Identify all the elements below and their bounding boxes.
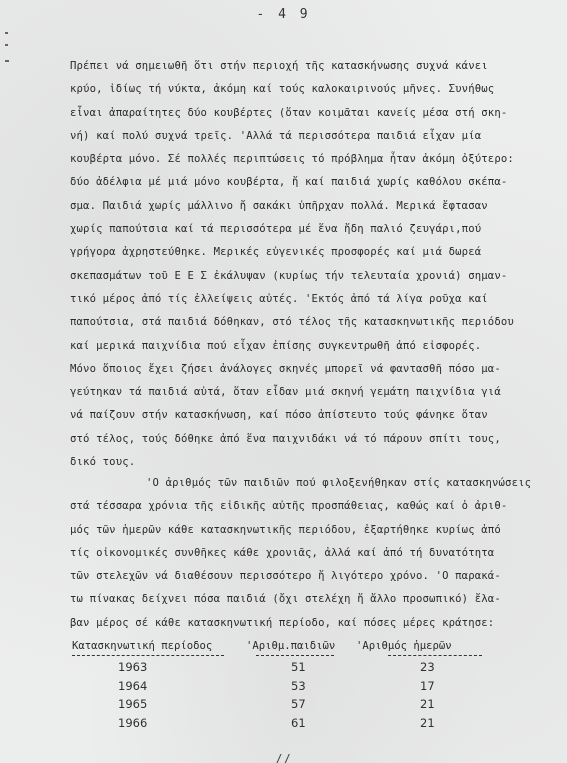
- text-line: Μόνο ὅποιος ἔχει ζήσει ἀνάλογες σκηνές μ…: [70, 358, 567, 381]
- text-line: κρύο, ἰδίως τή νύκτα, ἀκόμη καί τούς καλ…: [70, 78, 567, 101]
- text-line: γρήγορα ἀχρηστεύθηκε. Μερικές εὐγενικές …: [70, 241, 567, 264]
- table-header: Κατασκηνωτική περίοδος 'Αριθμ.παιδιῶν 'Α…: [72, 640, 512, 656]
- continuation-mark: //: [0, 752, 567, 763]
- table-row: 1965 57 21: [72, 697, 512, 716]
- text-line: δικό τους.: [70, 451, 567, 474]
- text-line: καί μερικά παιχνίδια πού εἶχαν ἐπίσης συ…: [70, 335, 567, 358]
- text-line: τίς οἰκονομικές συνθῆκες κάθε χρονιᾶς, ἀ…: [70, 542, 567, 565]
- margin-mark: [5, 32, 8, 34]
- text-line: τω πίνακας δείχνει πόσα παιδιά (ὄχι στελ…: [70, 588, 567, 611]
- header-underline: [388, 655, 482, 656]
- camp-statistics-table: Κατασκηνωτική περίοδος 'Αριθμ.παιδιῶν 'Α…: [72, 640, 512, 656]
- cell-days: 21: [420, 716, 435, 730]
- text-line: στά τέσσαρα χρόνια τῆς εἰδικῆς αὐτῆς προ…: [70, 495, 567, 518]
- margin-mark: [5, 60, 9, 62]
- cell-year: 1964: [118, 679, 147, 693]
- text-line: νά παίζουν στήν κατασκήνωση, καί πόσο ἀπ…: [70, 404, 567, 427]
- text-line: γεύτηκαν τά παιδιά αὐτά, ὅταν εἶδαν μιά …: [70, 381, 567, 404]
- paragraph-2: 'Ο ἀριθμός τῶν παιδιῶν πού φιλοξενήθηκαν…: [70, 472, 567, 635]
- text-line: νή) καί πολύ συχνά τρεῖς. 'Αλλά τά περισ…: [70, 125, 567, 148]
- table-body: 1963 51 23 1964 53 17 1965 57 21 1966 61…: [72, 660, 512, 734]
- header-number-days: 'Αριθμός ἡμερῶν: [356, 640, 452, 652]
- page-number: - 4 9: [0, 7, 567, 22]
- header-number-children: 'Αριθμ.παιδιῶν: [246, 640, 335, 652]
- text-line: τικό μέρος ἀπό τίς ἐλλείψεις αὐτές. 'Εκτ…: [70, 288, 567, 311]
- text-line: Πρέπει νά σημειωθῆ ὅτι στήν περιοχή τῆς …: [70, 55, 567, 78]
- text-line: σκεπασμάτων τοῦ Ε Ε Σ ἐκάλυψαν (κυρίως τ…: [70, 265, 567, 288]
- table-row: 1964 53 17: [72, 679, 512, 698]
- text-line: κουβέρτα μόνο. Σέ πολλές περιπτώσεις τό …: [70, 148, 567, 171]
- cell-children: 61: [291, 716, 306, 730]
- cell-days: 21: [420, 697, 435, 711]
- header-underline: [72, 655, 224, 656]
- header-camp-period: Κατασκηνωτική περίοδος: [72, 640, 212, 652]
- cell-children: 57: [291, 697, 306, 711]
- text-line: βαν μέρος σέ κάθε κατασκηνωτική περίοδο,…: [70, 612, 567, 635]
- cell-children: 53: [291, 679, 306, 693]
- text-line: τῶν στελεχῶν νά διαθέσουν περισσότερο ἤ …: [70, 565, 567, 588]
- text-line: παπούτσια, στά παιδιά δόθηκαν, στό τέλος…: [70, 311, 567, 334]
- cell-year: 1963: [118, 660, 147, 674]
- text-line: στό τέλος, τούς δόθηκε ἀπό ἕνα παιχνιδάκ…: [70, 428, 567, 451]
- cell-year: 1965: [118, 697, 147, 711]
- text-line: σμα. Παιδιά χωρίς μάλλινο ἤ σακάκι ὑπῆρχ…: [70, 195, 567, 218]
- cell-year: 1966: [118, 716, 147, 730]
- cell-children: 51: [291, 660, 306, 674]
- cell-days: 23: [420, 660, 435, 674]
- text-line: εἶναι ἀπαραίτητες δύο κουβέρτες (ὅταν κο…: [70, 102, 567, 125]
- text-line: χωρίς παπούτσια καί τά περισσότερα μέ ἕν…: [70, 218, 567, 241]
- cell-days: 17: [420, 679, 435, 693]
- table-row: 1966 61 21: [72, 716, 512, 735]
- paragraph-1: Πρέπει νά σημειωθῆ ὅτι στήν περιοχή τῆς …: [70, 55, 567, 474]
- document-page: - 4 9 Πρέπει νά σημειωθῆ ὅτι στήν περιοχ…: [0, 0, 567, 763]
- text-line: δύο ἀδέλφια μέ μιά μόνο κουβέρτα, ἤ καί …: [70, 171, 567, 194]
- text-line: μός τῶν ἡμερῶν κάθε κατασκηνωτικῆς περιό…: [70, 519, 567, 542]
- header-underline: [256, 655, 334, 656]
- text-line: 'Ο ἀριθμός τῶν παιδιῶν πού φιλοξενήθηκαν…: [70, 472, 567, 495]
- margin-mark: [5, 44, 8, 46]
- table-row: 1963 51 23: [72, 660, 512, 679]
